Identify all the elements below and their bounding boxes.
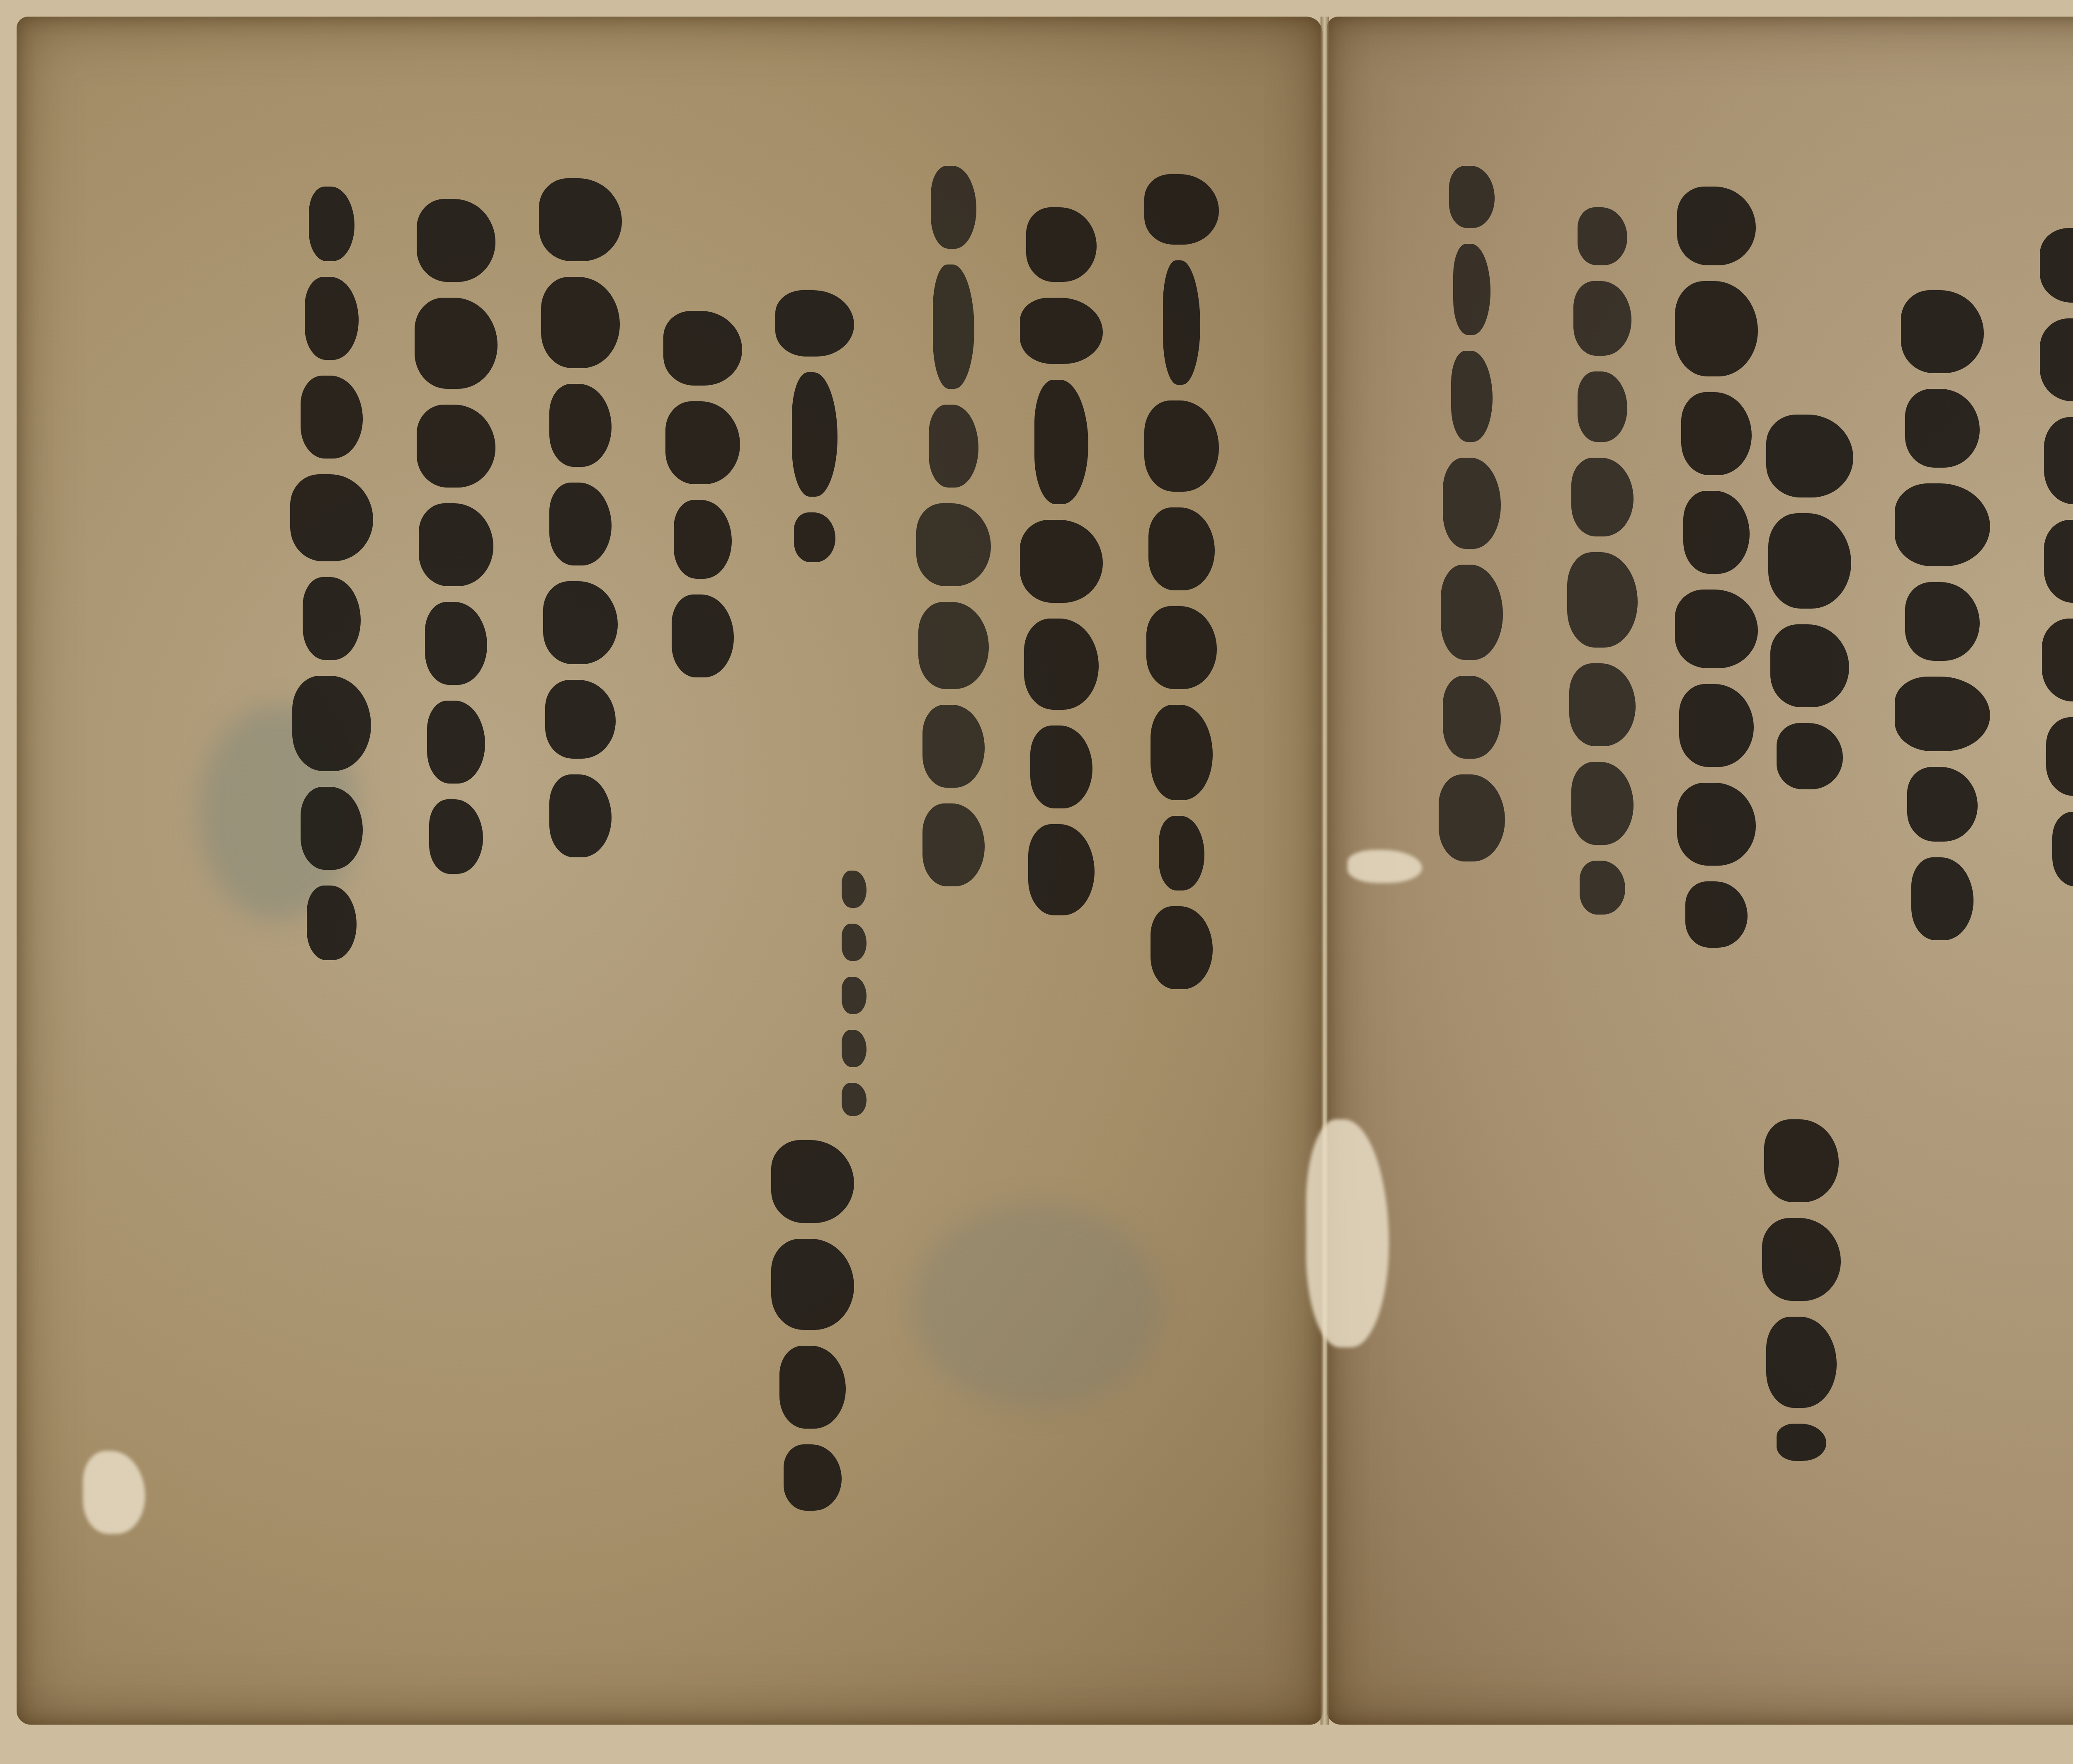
text-column (1144, 174, 1219, 989)
text-column (1762, 1119, 1841, 1461)
text-column (663, 311, 742, 677)
text-column (2040, 228, 2073, 886)
text-column (916, 166, 991, 886)
text-column (1675, 187, 1758, 948)
stain (912, 1202, 1161, 1410)
text-column (539, 178, 622, 857)
text-column (771, 1140, 854, 1511)
text-column (1895, 290, 1990, 940)
text-column (1567, 207, 1638, 915)
text-column (415, 199, 498, 874)
text-column (290, 187, 373, 960)
text-column (842, 871, 867, 1116)
text-column (1020, 207, 1103, 915)
center-seam (1321, 17, 1329, 1725)
text-column (1439, 166, 1505, 861)
